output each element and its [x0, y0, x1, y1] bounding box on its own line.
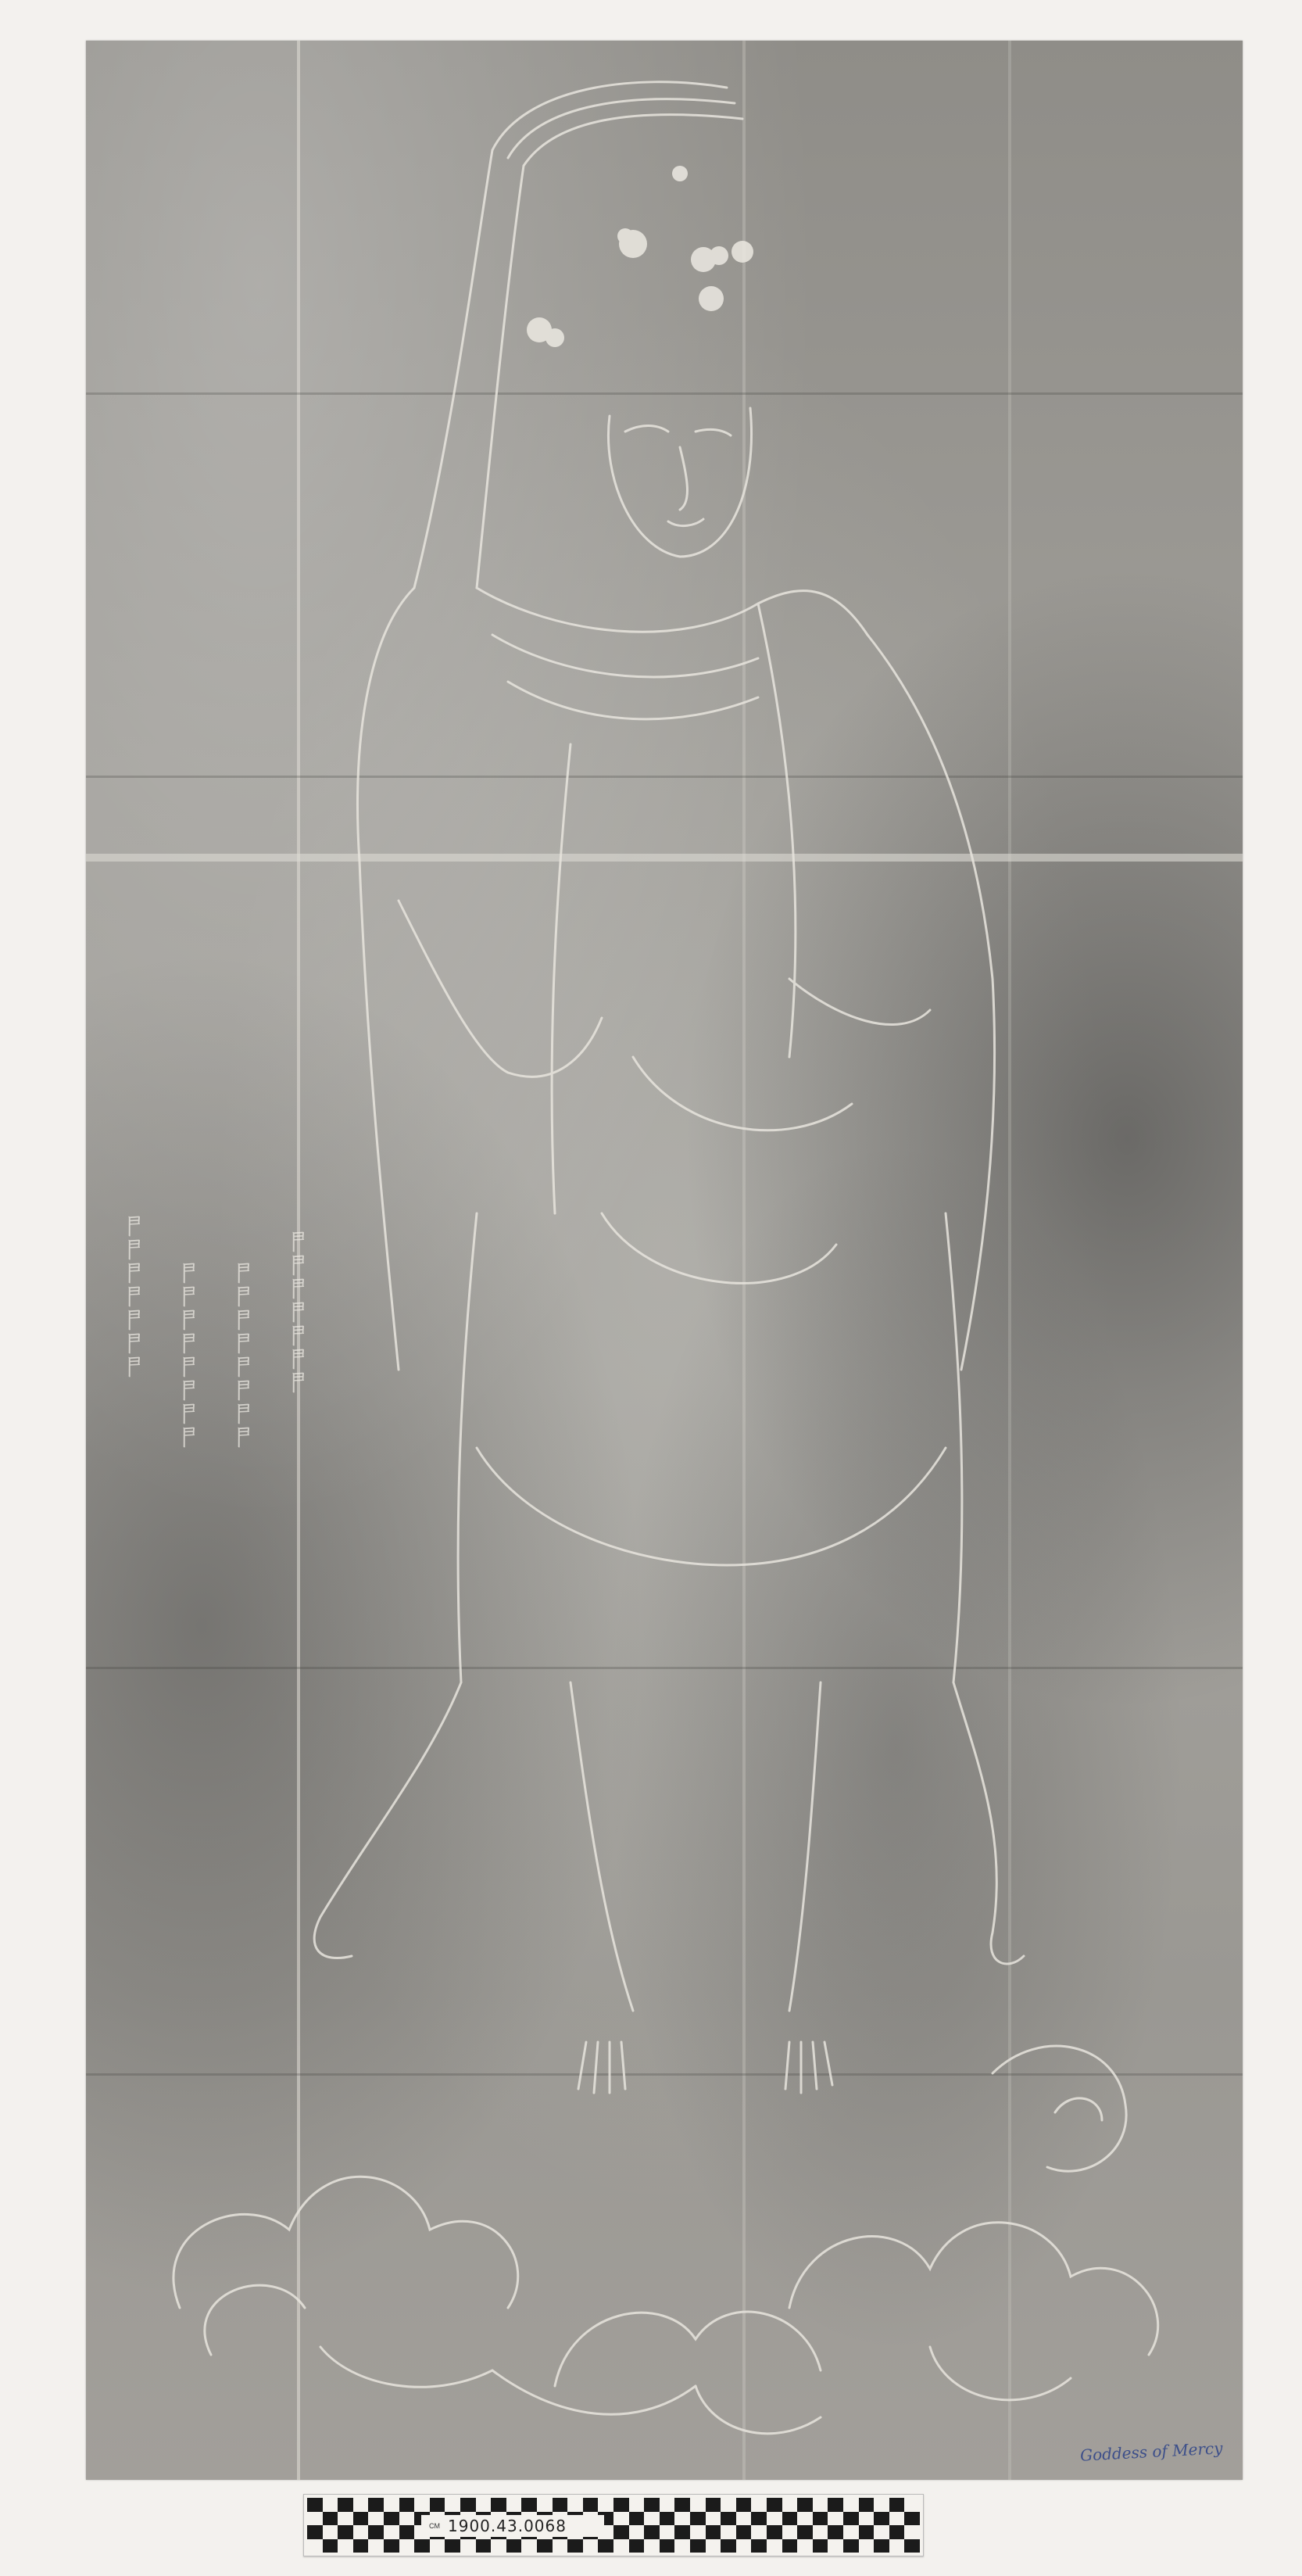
scale-square [690, 2498, 706, 2512]
scale-square [904, 2539, 920, 2553]
inscription-column: 𠁣𠁣𠁣𠁣𠁣𠁣𠁣𠁣 [227, 1260, 259, 1448]
scale-square [323, 2525, 338, 2539]
scale-square [904, 2525, 920, 2539]
scale-square [674, 2525, 690, 2539]
scale-square [813, 2525, 828, 2539]
scale-square [736, 2512, 752, 2526]
scale-square [613, 2539, 629, 2553]
scale-square [644, 2539, 660, 2553]
scale-square [384, 2512, 399, 2526]
scale-square [828, 2525, 843, 2539]
scale-square [674, 2498, 690, 2512]
scale-square [353, 2512, 369, 2526]
inscription-column: 𠁣𠁣𠁣𠁣𠁣𠁣𠁣𠁣 [172, 1260, 205, 1448]
scale-square [323, 2539, 338, 2553]
scale-square [353, 2525, 369, 2539]
scale-square [859, 2539, 875, 2553]
scale-square [307, 2498, 323, 2512]
scale-square [859, 2498, 875, 2512]
scale-square [521, 2498, 537, 2512]
scale-square [567, 2539, 583, 2553]
scale-square [613, 2512, 629, 2526]
scale-square [368, 2512, 384, 2526]
scale-square [706, 2512, 721, 2526]
scale-square [445, 2539, 460, 2553]
scale-square [384, 2498, 399, 2512]
scale-square [368, 2539, 384, 2553]
scale-square [751, 2498, 767, 2512]
scale-square [476, 2539, 492, 2553]
scale-square [751, 2539, 767, 2553]
scale-square [813, 2512, 828, 2526]
scale-square [767, 2498, 782, 2512]
scale-square [629, 2539, 645, 2553]
scale-square [874, 2498, 889, 2512]
scale-square [813, 2498, 828, 2512]
scale-square [629, 2498, 645, 2512]
scale-square [491, 2498, 506, 2512]
scale-square [828, 2498, 843, 2512]
scale-square [323, 2498, 338, 2512]
scale-square [690, 2512, 706, 2526]
scale-square [706, 2539, 721, 2553]
scale-square [797, 2512, 813, 2526]
scale-square [736, 2525, 752, 2539]
scale-square [843, 2512, 859, 2526]
scale-square [414, 2498, 430, 2512]
scale-square [782, 2539, 798, 2553]
scale-square [644, 2525, 660, 2539]
scale-square [399, 2512, 415, 2526]
scale-square [828, 2512, 843, 2526]
scale-square [323, 2512, 338, 2526]
unit-label: CM [429, 2522, 440, 2530]
scale-square [399, 2539, 415, 2553]
scale-square [859, 2525, 875, 2539]
scale-square [537, 2498, 553, 2512]
scale-square [598, 2498, 613, 2512]
scale-square [660, 2512, 675, 2526]
scale-square [338, 2539, 353, 2553]
scale-square [460, 2539, 476, 2553]
scale-square [445, 2498, 460, 2512]
scale-square [721, 2498, 736, 2512]
scale-square [721, 2512, 736, 2526]
scale-square [706, 2498, 721, 2512]
scale-square [399, 2525, 415, 2539]
scale-square [660, 2525, 675, 2539]
scale-square [889, 2525, 905, 2539]
scale-square [690, 2539, 706, 2553]
scale-square [553, 2539, 568, 2553]
scale-square [567, 2498, 583, 2512]
inscription-column: 𠁣𠁣𠁣𠁣𠁣𠁣𠁣 [117, 1213, 150, 1378]
scale-square [767, 2525, 782, 2539]
scale-square [674, 2512, 690, 2526]
scale-square [307, 2539, 323, 2553]
scale-square [874, 2512, 889, 2526]
scale-square [660, 2539, 675, 2553]
scale-square [706, 2525, 721, 2539]
scale-square [782, 2525, 798, 2539]
scale-square [797, 2539, 813, 2553]
scale-square [767, 2539, 782, 2553]
scale-square [491, 2539, 506, 2553]
scale-square [751, 2525, 767, 2539]
guanyin-figure [86, 41, 1243, 2480]
scale-square [338, 2512, 353, 2526]
accession-label: CM 1900.43.0068 [421, 2515, 604, 2537]
scale-square [674, 2539, 690, 2553]
scale-square [660, 2498, 675, 2512]
scale-square [598, 2539, 613, 2553]
scale-square [583, 2498, 599, 2512]
scale-square [782, 2498, 798, 2512]
scale-square [904, 2498, 920, 2512]
scale-square [721, 2525, 736, 2539]
scale-square [813, 2539, 828, 2553]
scale-square [828, 2539, 843, 2553]
scale-square [843, 2525, 859, 2539]
scale-square [537, 2539, 553, 2553]
scale-square [736, 2539, 752, 2553]
scale-square [430, 2498, 445, 2512]
checkerboard [307, 2498, 920, 2553]
scale-square [414, 2539, 430, 2553]
scale-square [629, 2512, 645, 2526]
scale-square [889, 2512, 905, 2526]
scale-square [797, 2525, 813, 2539]
scale-square [629, 2525, 645, 2539]
scale-square [644, 2512, 660, 2526]
scale-square [874, 2539, 889, 2553]
scale-square [859, 2512, 875, 2526]
scale-square [843, 2498, 859, 2512]
scale-square [874, 2525, 889, 2539]
scale-square [583, 2539, 599, 2553]
scale-square [797, 2498, 813, 2512]
scale-square [889, 2498, 905, 2512]
stone-rubbing: 𠁣𠁣𠁣𠁣𠁣𠁣𠁣 𠁣𠁣𠁣𠁣𠁣𠁣𠁣𠁣 𠁣𠁣𠁣𠁣𠁣𠁣𠁣𠁣 𠁣𠁣𠁣𠁣𠁣𠁣𠁣 [86, 41, 1243, 2480]
scale-square [521, 2539, 537, 2553]
scale-square [782, 2512, 798, 2526]
scale-square [430, 2539, 445, 2553]
scale-square [613, 2525, 629, 2539]
scale-square [904, 2512, 920, 2526]
scale-square [353, 2498, 369, 2512]
scale-square [476, 2498, 492, 2512]
scale-square [553, 2498, 568, 2512]
scale-square [644, 2498, 660, 2512]
scale-square [338, 2525, 353, 2539]
scale-square [889, 2539, 905, 2553]
inscription-column: 𠁣𠁣𠁣𠁣𠁣𠁣𠁣 [281, 1229, 314, 1393]
scale-square [460, 2498, 476, 2512]
scale-square [751, 2512, 767, 2526]
scale-square [843, 2539, 859, 2553]
color-scale-bar: CM 1900.43.0068 [303, 2494, 924, 2556]
scale-square [690, 2525, 706, 2539]
scale-square [384, 2539, 399, 2553]
scale-square [506, 2539, 522, 2553]
scale-square [307, 2512, 323, 2526]
scale-square [767, 2512, 782, 2526]
scale-square [368, 2498, 384, 2512]
scale-square [338, 2498, 353, 2512]
scale-square [384, 2525, 399, 2539]
scale-square [506, 2498, 522, 2512]
scale-square [721, 2539, 736, 2553]
accession-number: 1900.43.0068 [448, 2517, 567, 2535]
scale-square [736, 2498, 752, 2512]
scale-square [353, 2539, 369, 2553]
scale-square [399, 2498, 415, 2512]
scale-square [368, 2525, 384, 2539]
scale-square [307, 2525, 323, 2539]
scale-square [613, 2498, 629, 2512]
